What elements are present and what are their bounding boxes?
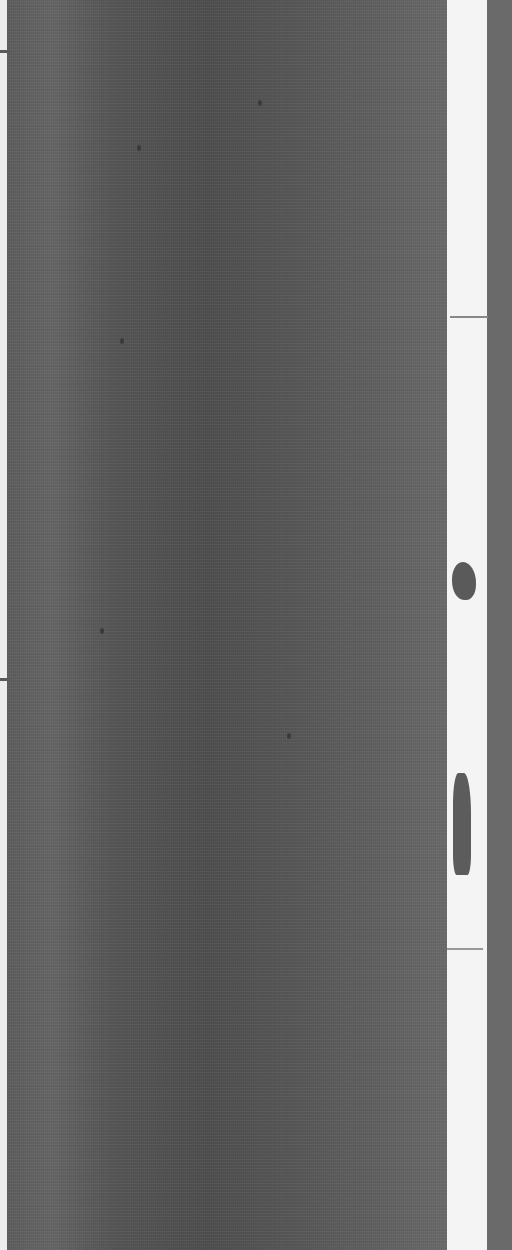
dark-spot bbox=[137, 145, 141, 151]
right-dark-band bbox=[487, 0, 512, 1250]
dark-spot bbox=[120, 338, 124, 344]
dark-blob bbox=[452, 562, 476, 600]
left-mark bbox=[0, 50, 10, 53]
dark-band bbox=[7, 0, 447, 1250]
dark-spot bbox=[100, 628, 104, 634]
white-stripe bbox=[447, 0, 487, 1250]
stripe-mark bbox=[450, 316, 488, 318]
noise-texture bbox=[7, 0, 447, 1250]
left-mark bbox=[0, 678, 10, 681]
scene bbox=[0, 0, 512, 1250]
dark-spot bbox=[287, 733, 291, 739]
stripe-mark bbox=[447, 948, 483, 950]
dark-blob bbox=[453, 773, 471, 875]
dark-spot bbox=[258, 100, 262, 106]
